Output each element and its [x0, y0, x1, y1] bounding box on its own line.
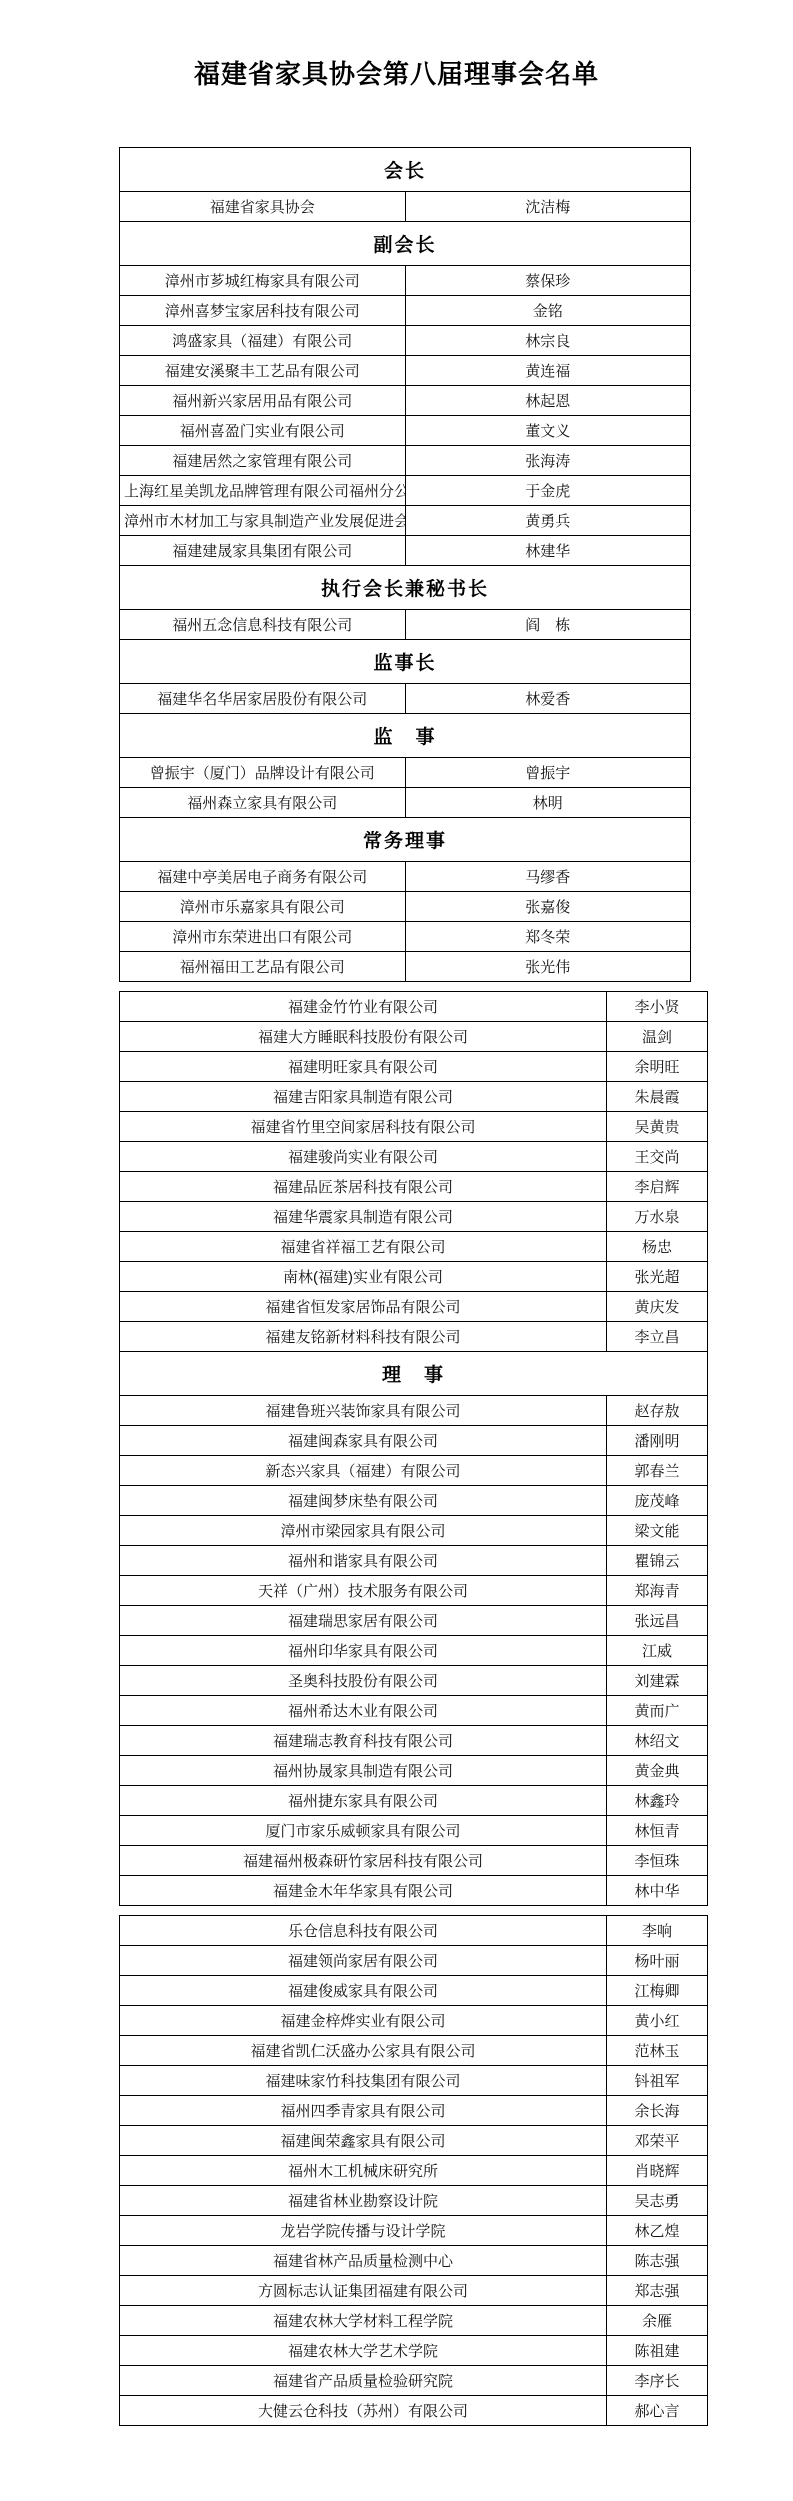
member-row: 漳州市木材加工与家具制造产业发展促进会黄勇兵 — [120, 506, 691, 536]
company-name: 福建省产品质量检验研究院 — [120, 2366, 607, 2396]
person-name: 余雁 — [607, 2306, 708, 2336]
company-name: 厦门市家乐威顿家具有限公司 — [120, 1816, 607, 1846]
company-name: 福建金竹竹业有限公司 — [120, 992, 607, 1022]
section-header-row: 常务理事 — [120, 818, 691, 862]
company-name: 福建品匠茶居科技有限公司 — [120, 1172, 607, 1202]
company-name: 福州五念信息科技有限公司 — [120, 610, 406, 640]
person-name: 李立昌 — [607, 1322, 708, 1352]
person-name: 温剑 — [607, 1022, 708, 1052]
person-name: 杨叶丽 — [607, 1946, 708, 1976]
company-name: 福建俊威家具有限公司 — [120, 1976, 607, 2006]
person-name: 江威 — [607, 1636, 708, 1666]
member-row: 圣奥科技股份有限公司刘建霖 — [120, 1666, 708, 1696]
person-name: 林绍文 — [607, 1726, 708, 1756]
company-name: 福建味家竹科技集团有限公司 — [120, 2066, 607, 2096]
member-row: 福建华震家具制造有限公司万水泉 — [120, 1202, 708, 1232]
roster-table-block-3: 乐仓信息科技有限公司李响福建领尚家居有限公司杨叶丽福建俊威家具有限公司江梅卿福建… — [119, 1915, 708, 2426]
person-name: 黄而广 — [607, 1696, 708, 1726]
person-name: 钭祖军 — [607, 2066, 708, 2096]
document-page: 福建省家具协会第八届理事会名单 会长福建省家具协会沈洁梅副会长漳州市芗城红梅家具… — [0, 0, 793, 2501]
company-name: 漳州市芗城红梅家具有限公司 — [120, 266, 406, 296]
person-name: 潘刚明 — [607, 1426, 708, 1456]
person-name: 陈志强 — [607, 2246, 708, 2276]
company-name: 福建友铭新材料科技有限公司 — [120, 1322, 607, 1352]
member-row: 漳州市芗城红梅家具有限公司蔡保珍 — [120, 266, 691, 296]
company-name: 福建省竹里空间家居科技有限公司 — [120, 1112, 607, 1142]
company-name: 福州印华家具有限公司 — [120, 1636, 607, 1666]
member-row: 福州四季青家具有限公司余长海 — [120, 2096, 708, 2126]
company-name: 漳州市梁园家具有限公司 — [120, 1516, 607, 1546]
person-name: 林恒青 — [607, 1816, 708, 1846]
member-row: 福州木工机械床研究所肖晓辉 — [120, 2156, 708, 2186]
company-name: 福建闽森家具有限公司 — [120, 1426, 607, 1456]
member-row: 漳州市乐嘉家具有限公司张嘉俊 — [120, 892, 691, 922]
member-row: 福建居然之家管理有限公司张海涛 — [120, 446, 691, 476]
member-row: 福建省产品质量检验研究院李序长 — [120, 2366, 708, 2396]
member-row: 福建建晟家具集团有限公司林建华 — [120, 536, 691, 566]
company-name: 新态兴家具（福建）有限公司 — [120, 1456, 607, 1486]
company-name: 南林(福建)实业有限公司 — [120, 1262, 607, 1292]
member-row: 福建农林大学艺术学院陈祖建 — [120, 2336, 708, 2366]
page-title: 福建省家具协会第八届理事会名单 — [0, 0, 793, 91]
person-name: 李小贤 — [607, 992, 708, 1022]
company-name: 福建大方睡眠科技股份有限公司 — [120, 1022, 607, 1052]
person-name: 朱晨霞 — [607, 1082, 708, 1112]
person-name: 蔡保珍 — [405, 266, 691, 296]
section-title: 理 事 — [120, 1352, 708, 1396]
company-name: 福建明旺家具有限公司 — [120, 1052, 607, 1082]
roster-table-block-2: 福建金竹竹业有限公司李小贤福建大方睡眠科技股份有限公司温剑福建明旺家具有限公司余… — [119, 991, 708, 1906]
section-header-row: 监 事 — [120, 714, 691, 758]
company-name: 福建瑞思家居有限公司 — [120, 1606, 607, 1636]
section-header-row: 监事长 — [120, 640, 691, 684]
company-name: 龙岩学院传播与设计学院 — [120, 2216, 607, 2246]
member-row: 福州和谐家具有限公司瞿锦云 — [120, 1546, 708, 1576]
section-header-row: 会长 — [120, 148, 691, 192]
company-name: 福建农林大学材料工程学院 — [120, 2306, 607, 2336]
person-name: 梁文能 — [607, 1516, 708, 1546]
person-name: 于金虎 — [405, 476, 691, 506]
person-name: 林鑫玲 — [607, 1786, 708, 1816]
company-name: 福建省恒发家居饰品有限公司 — [120, 1292, 607, 1322]
person-name: 瞿锦云 — [607, 1546, 708, 1576]
person-name: 张光伟 — [405, 952, 691, 982]
member-row: 福建品匠茶居科技有限公司李启辉 — [120, 1172, 708, 1202]
company-name: 天祥（广州）技术服务有限公司 — [120, 1576, 607, 1606]
person-name: 刘建霖 — [607, 1666, 708, 1696]
person-name: 李响 — [607, 1916, 708, 1946]
person-name: 李恒珠 — [607, 1846, 708, 1876]
section-title: 监 事 — [120, 714, 691, 758]
member-row: 福建农林大学材料工程学院余雁 — [120, 2306, 708, 2336]
member-row: 福州协晟家具制造有限公司黄金典 — [120, 1756, 708, 1786]
person-name: 郑冬荣 — [405, 922, 691, 952]
member-row: 龙岩学院传播与设计学院林乙煌 — [120, 2216, 708, 2246]
person-name: 林起恩 — [405, 386, 691, 416]
person-name: 黄勇兵 — [405, 506, 691, 536]
company-name: 福州福田工艺品有限公司 — [120, 952, 406, 982]
company-name: 圣奥科技股份有限公司 — [120, 1666, 607, 1696]
person-name: 张嘉俊 — [405, 892, 691, 922]
company-name: 福建建晟家具集团有限公司 — [120, 536, 406, 566]
person-name: 万水泉 — [607, 1202, 708, 1232]
member-row: 福建骏尚实业有限公司王交尚 — [120, 1142, 708, 1172]
company-name: 福建闽荣鑫家具有限公司 — [120, 2126, 607, 2156]
company-name: 福建领尚家居有限公司 — [120, 1946, 607, 1976]
person-name: 金铭 — [405, 296, 691, 326]
person-name: 林明 — [405, 788, 691, 818]
company-name: 福建省凯仁沃盛办公家具有限公司 — [120, 2036, 607, 2066]
member-row: 曾振宇（厦门）品牌设计有限公司曾振宇 — [120, 758, 691, 788]
person-name: 董文义 — [405, 416, 691, 446]
member-row: 福州福田工艺品有限公司张光伟 — [120, 952, 691, 982]
member-row: 漳州喜梦宝家居科技有限公司金铭 — [120, 296, 691, 326]
person-name: 邓荣平 — [607, 2126, 708, 2156]
person-name: 陈祖建 — [607, 2336, 708, 2366]
company-name: 漳州喜梦宝家居科技有限公司 — [120, 296, 406, 326]
company-name: 福州希达木业有限公司 — [120, 1696, 607, 1726]
company-name: 福建居然之家管理有限公司 — [120, 446, 406, 476]
member-row: 福州五念信息科技有限公司阎 栋 — [120, 610, 691, 640]
person-name: 黄连福 — [405, 356, 691, 386]
person-name: 郑海青 — [607, 1576, 708, 1606]
company-name: 福建吉阳家具制造有限公司 — [120, 1082, 607, 1112]
member-row: 上海红星美凯龙品牌管理有限公司福州分公司于金虎 — [120, 476, 691, 506]
person-name: 杨忠 — [607, 1232, 708, 1262]
person-name: 张光超 — [607, 1262, 708, 1292]
member-row: 漳州市梁园家具有限公司梁文能 — [120, 1516, 708, 1546]
company-name: 漳州市乐嘉家具有限公司 — [120, 892, 406, 922]
member-row: 福建领尚家居有限公司杨叶丽 — [120, 1946, 708, 1976]
member-row: 福建省林产品质量检测中心陈志强 — [120, 2246, 708, 2276]
person-name: 林建华 — [405, 536, 691, 566]
person-name: 郭春兰 — [607, 1456, 708, 1486]
member-row: 福建闽梦床垫有限公司庞茂峰 — [120, 1486, 708, 1516]
company-name: 福州木工机械床研究所 — [120, 2156, 607, 2186]
company-name: 乐仓信息科技有限公司 — [120, 1916, 607, 1946]
member-row: 新态兴家具（福建）有限公司郭春兰 — [120, 1456, 708, 1486]
person-name: 赵存敖 — [607, 1396, 708, 1426]
section-title: 常务理事 — [120, 818, 691, 862]
person-name: 王交尚 — [607, 1142, 708, 1172]
company-name: 福建金木年华家具有限公司 — [120, 1876, 607, 1906]
person-name: 江梅卿 — [607, 1976, 708, 2006]
section-header-row: 副会长 — [120, 222, 691, 266]
member-row: 福建省祥福工艺有限公司杨忠 — [120, 1232, 708, 1262]
company-name: 漳州市木材加工与家具制造产业发展促进会 — [120, 506, 406, 536]
company-name: 福建省林产品质量检测中心 — [120, 2246, 607, 2276]
person-name: 黄庆发 — [607, 1292, 708, 1322]
company-name: 福州协晟家具制造有限公司 — [120, 1756, 607, 1786]
member-row: 南林(福建)实业有限公司张光超 — [120, 1262, 708, 1292]
company-name: 福建鲁班兴装饰家具有限公司 — [120, 1396, 607, 1426]
section-header-row: 执行会长兼秘书长 — [120, 566, 691, 610]
company-name: 上海红星美凯龙品牌管理有限公司福州分公司 — [120, 476, 406, 506]
member-row: 大健云仓科技（苏州）有限公司郝心言 — [120, 2396, 708, 2426]
company-name: 方圆标志认证集团福建有限公司 — [120, 2276, 607, 2306]
person-name: 李序长 — [607, 2366, 708, 2396]
person-name: 沈洁梅 — [405, 192, 691, 222]
member-row: 方圆标志认证集团福建有限公司郑志强 — [120, 2276, 708, 2306]
member-row: 福建金木年华家具有限公司林中华 — [120, 1876, 708, 1906]
section-title: 会长 — [120, 148, 691, 192]
person-name: 范林玉 — [607, 2036, 708, 2066]
company-name: 福建骏尚实业有限公司 — [120, 1142, 607, 1172]
member-row: 福州捷东家具有限公司林鑫玲 — [120, 1786, 708, 1816]
company-name: 福建瑞志教育科技有限公司 — [120, 1726, 607, 1756]
member-row: 福建俊威家具有限公司江梅卿 — [120, 1976, 708, 2006]
person-name: 郑志强 — [607, 2276, 708, 2306]
company-name: 福建安溪聚丰工艺品有限公司 — [120, 356, 406, 386]
person-name: 余明旺 — [607, 1052, 708, 1082]
roster-table-block-1: 会长福建省家具协会沈洁梅副会长漳州市芗城红梅家具有限公司蔡保珍漳州喜梦宝家居科技… — [119, 147, 691, 982]
person-name: 肖晓辉 — [607, 2156, 708, 2186]
member-row: 福州希达木业有限公司黄而广 — [120, 1696, 708, 1726]
company-name: 福建福州极森研竹家居科技有限公司 — [120, 1846, 607, 1876]
section-header-row: 理 事 — [120, 1352, 708, 1396]
company-name: 鸿盛家具（福建）有限公司 — [120, 326, 406, 356]
member-row: 福建省凯仁沃盛办公家具有限公司范林玉 — [120, 2036, 708, 2066]
company-name: 福建华名华居家居股份有限公司 — [120, 684, 406, 714]
company-name: 福建中亭美居电子商务有限公司 — [120, 862, 406, 892]
member-row: 福建省林业勘察设计院吴志勇 — [120, 2186, 708, 2216]
company-name: 福州捷东家具有限公司 — [120, 1786, 607, 1816]
member-row: 厦门市家乐威顿家具有限公司林恒青 — [120, 1816, 708, 1846]
member-row: 福建省竹里空间家居科技有限公司吴黄贵 — [120, 1112, 708, 1142]
company-name: 福建农林大学艺术学院 — [120, 2336, 607, 2366]
person-name: 黄小红 — [607, 2006, 708, 2036]
member-row: 福州新兴家居用品有限公司林起恩 — [120, 386, 691, 416]
company-name: 福州和谐家具有限公司 — [120, 1546, 607, 1576]
member-row: 福州喜盈门实业有限公司董文义 — [120, 416, 691, 446]
company-name: 福建金梓烨实业有限公司 — [120, 2006, 607, 2036]
member-row: 福建吉阳家具制造有限公司朱晨霞 — [120, 1082, 708, 1112]
person-name: 曾振宇 — [405, 758, 691, 788]
person-name: 郝心言 — [607, 2396, 708, 2426]
company-name: 福州喜盈门实业有限公司 — [120, 416, 406, 446]
company-name: 福建省祥福工艺有限公司 — [120, 1232, 607, 1262]
company-name: 福建省家具协会 — [120, 192, 406, 222]
member-row: 福建省家具协会沈洁梅 — [120, 192, 691, 222]
member-row: 福建闽森家具有限公司潘刚明 — [120, 1426, 708, 1456]
company-name: 曾振宇（厦门）品牌设计有限公司 — [120, 758, 406, 788]
company-name: 福州森立家具有限公司 — [120, 788, 406, 818]
person-name: 张远昌 — [607, 1606, 708, 1636]
person-name: 李启辉 — [607, 1172, 708, 1202]
member-row: 福建安溪聚丰工艺品有限公司黄连福 — [120, 356, 691, 386]
member-row: 福建大方睡眠科技股份有限公司温剑 — [120, 1022, 708, 1052]
person-name: 林爱香 — [405, 684, 691, 714]
member-row: 福建华名华居家居股份有限公司林爱香 — [120, 684, 691, 714]
person-name: 张海涛 — [405, 446, 691, 476]
member-row: 福建金梓烨实业有限公司黄小红 — [120, 2006, 708, 2036]
section-title: 副会长 — [120, 222, 691, 266]
roster-tables: 会长福建省家具协会沈洁梅副会长漳州市芗城红梅家具有限公司蔡保珍漳州喜梦宝家居科技… — [119, 147, 691, 2426]
member-row: 福建味家竹科技集团有限公司钭祖军 — [120, 2066, 708, 2096]
company-name: 福州新兴家居用品有限公司 — [120, 386, 406, 416]
person-name: 林乙煌 — [607, 2216, 708, 2246]
member-row: 福建鲁班兴装饰家具有限公司赵存敖 — [120, 1396, 708, 1426]
member-row: 天祥（广州）技术服务有限公司郑海青 — [120, 1576, 708, 1606]
member-row: 福建瑞志教育科技有限公司林绍文 — [120, 1726, 708, 1756]
member-row: 福建省恒发家居饰品有限公司黄庆发 — [120, 1292, 708, 1322]
person-name: 林中华 — [607, 1876, 708, 1906]
member-row: 乐仓信息科技有限公司李响 — [120, 1916, 708, 1946]
person-name: 庞茂峰 — [607, 1486, 708, 1516]
member-row: 福建瑞思家居有限公司张远昌 — [120, 1606, 708, 1636]
member-row: 鸿盛家具（福建）有限公司林宗良 — [120, 326, 691, 356]
person-name: 黄金典 — [607, 1756, 708, 1786]
company-name: 漳州市东荣进出口有限公司 — [120, 922, 406, 952]
person-name: 马缪香 — [405, 862, 691, 892]
member-row: 漳州市东荣进出口有限公司郑冬荣 — [120, 922, 691, 952]
company-name: 大健云仓科技（苏州）有限公司 — [120, 2396, 607, 2426]
member-row: 福州森立家具有限公司林明 — [120, 788, 691, 818]
person-name: 林宗良 — [405, 326, 691, 356]
member-row: 福建金竹竹业有限公司李小贤 — [120, 992, 708, 1022]
member-row: 福州印华家具有限公司江威 — [120, 1636, 708, 1666]
member-row: 福建友铭新材料科技有限公司李立昌 — [120, 1322, 708, 1352]
person-name: 阎 栋 — [405, 610, 691, 640]
person-name: 吴志勇 — [607, 2186, 708, 2216]
member-row: 福建中亭美居电子商务有限公司马缪香 — [120, 862, 691, 892]
section-title: 监事长 — [120, 640, 691, 684]
company-name: 福建省林业勘察设计院 — [120, 2186, 607, 2216]
person-name: 吴黄贵 — [607, 1112, 708, 1142]
member-row: 福建福州极森研竹家居科技有限公司李恒珠 — [120, 1846, 708, 1876]
company-name: 福建闽梦床垫有限公司 — [120, 1486, 607, 1516]
section-title: 执行会长兼秘书长 — [120, 566, 691, 610]
person-name: 余长海 — [607, 2096, 708, 2126]
company-name: 福建华震家具制造有限公司 — [120, 1202, 607, 1232]
member-row: 福建明旺家具有限公司余明旺 — [120, 1052, 708, 1082]
company-name: 福州四季青家具有限公司 — [120, 2096, 607, 2126]
member-row: 福建闽荣鑫家具有限公司邓荣平 — [120, 2126, 708, 2156]
